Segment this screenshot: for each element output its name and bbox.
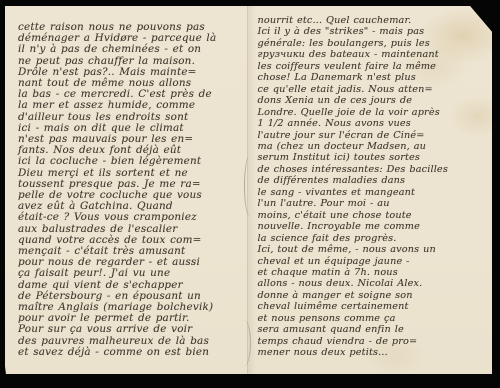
handwritten-line: et savez déjà - comme on est bien bbox=[18, 347, 243, 358]
handwritten-line: cheval et un équipage jaune - bbox=[258, 256, 488, 267]
handwritten-line: la science fait des progrès. bbox=[258, 233, 488, 244]
handwritten-line: et chaque matin à 7h. nous bbox=[258, 267, 488, 278]
handwritten-line: dons Xenia un de ces jours de bbox=[258, 95, 488, 106]
handwritten-line: l'autre jour sur l'écran de Ciné= bbox=[258, 130, 488, 141]
handwritten-line: de différentes maladies dans bbox=[258, 175, 488, 186]
handwritten-line: nourrit etc... Quel cauchemar. bbox=[258, 15, 488, 26]
handwritten-line: l'un l'autre. Pour moi - au bbox=[258, 198, 488, 209]
handwritten-line: moins, c'était une chose toute bbox=[258, 210, 488, 221]
handwritten-line: ici la cocluche - bien légèrement bbox=[18, 156, 243, 167]
handwritten-line: générale: les boulangers, puis les bbox=[258, 38, 488, 49]
handwritten-line: ce qu'elle etait jadis. Nous atten= bbox=[258, 84, 488, 95]
handwritten-line: le sang - vivantes et mangeant bbox=[258, 187, 488, 198]
handwritten-line: Londre. Quelle joie de la voir après bbox=[258, 107, 488, 118]
handwritten-line: il n'y à pas de cheminées - et on bbox=[18, 44, 243, 55]
handwritten-line: ça faisait peur!. J'ai vu une bbox=[18, 268, 243, 279]
handwritten-line: temps chaud viendra - de pro= bbox=[258, 336, 488, 347]
handwritten-line: Ici il y à des "strikes" - mais pas bbox=[258, 26, 488, 37]
handwritten-line: Pour sur ça vous arrive de voir bbox=[18, 324, 243, 335]
letter-paper: cette raison nous ne pouvons pasdéménage… bbox=[5, 6, 492, 374]
handwritten-line: Ici, tout de même, - nous avons un bbox=[258, 244, 488, 255]
letter-page-left: cette raison nous ne pouvons pasdéménage… bbox=[5, 6, 247, 374]
handwritten-line: de choses intéressantes: Des bacilles bbox=[258, 164, 488, 175]
handwritten-line: ma (chez un docteur Madsen, au bbox=[258, 141, 488, 152]
handwritten-line: nouvelle. Incroyable me comme bbox=[258, 221, 488, 232]
handwritten-line: serum Institut ici) toutes sortes bbox=[258, 152, 488, 163]
handwritten-line: 1 1/2 année. Nous avons vues bbox=[258, 118, 488, 129]
handwritten-line: cheval luimême certainement bbox=[258, 301, 488, 312]
handwritten-line: les coiffeurs veulent faire la même bbox=[258, 61, 488, 72]
letter-scan-frame: cette raison nous ne pouvons pasdéménage… bbox=[0, 0, 500, 388]
handwritten-line: allons - nous deux. Nicolai Alex. bbox=[258, 278, 488, 289]
handwritten-line: грузчики des bateaux - maintenant bbox=[258, 49, 488, 60]
handwritten-line: donne à manger et soigne son bbox=[258, 290, 488, 301]
handwritten-line: chose! La Danemark n'est plus bbox=[258, 72, 488, 83]
handwritten-line: la mer et assez humide, comme bbox=[18, 100, 243, 111]
handwritten-line: sera amusant quand enfin le bbox=[258, 324, 488, 335]
letter-page-right: nourrit etc... Quel cauchemar.Ici il y à… bbox=[247, 6, 492, 374]
handwritten-line: et nous pensons comme ça bbox=[258, 313, 488, 324]
handwritten-line: était-ce ? Vous vous cramponiez bbox=[18, 212, 243, 223]
handwritten-line: mener nous deux petits... bbox=[258, 347, 488, 358]
